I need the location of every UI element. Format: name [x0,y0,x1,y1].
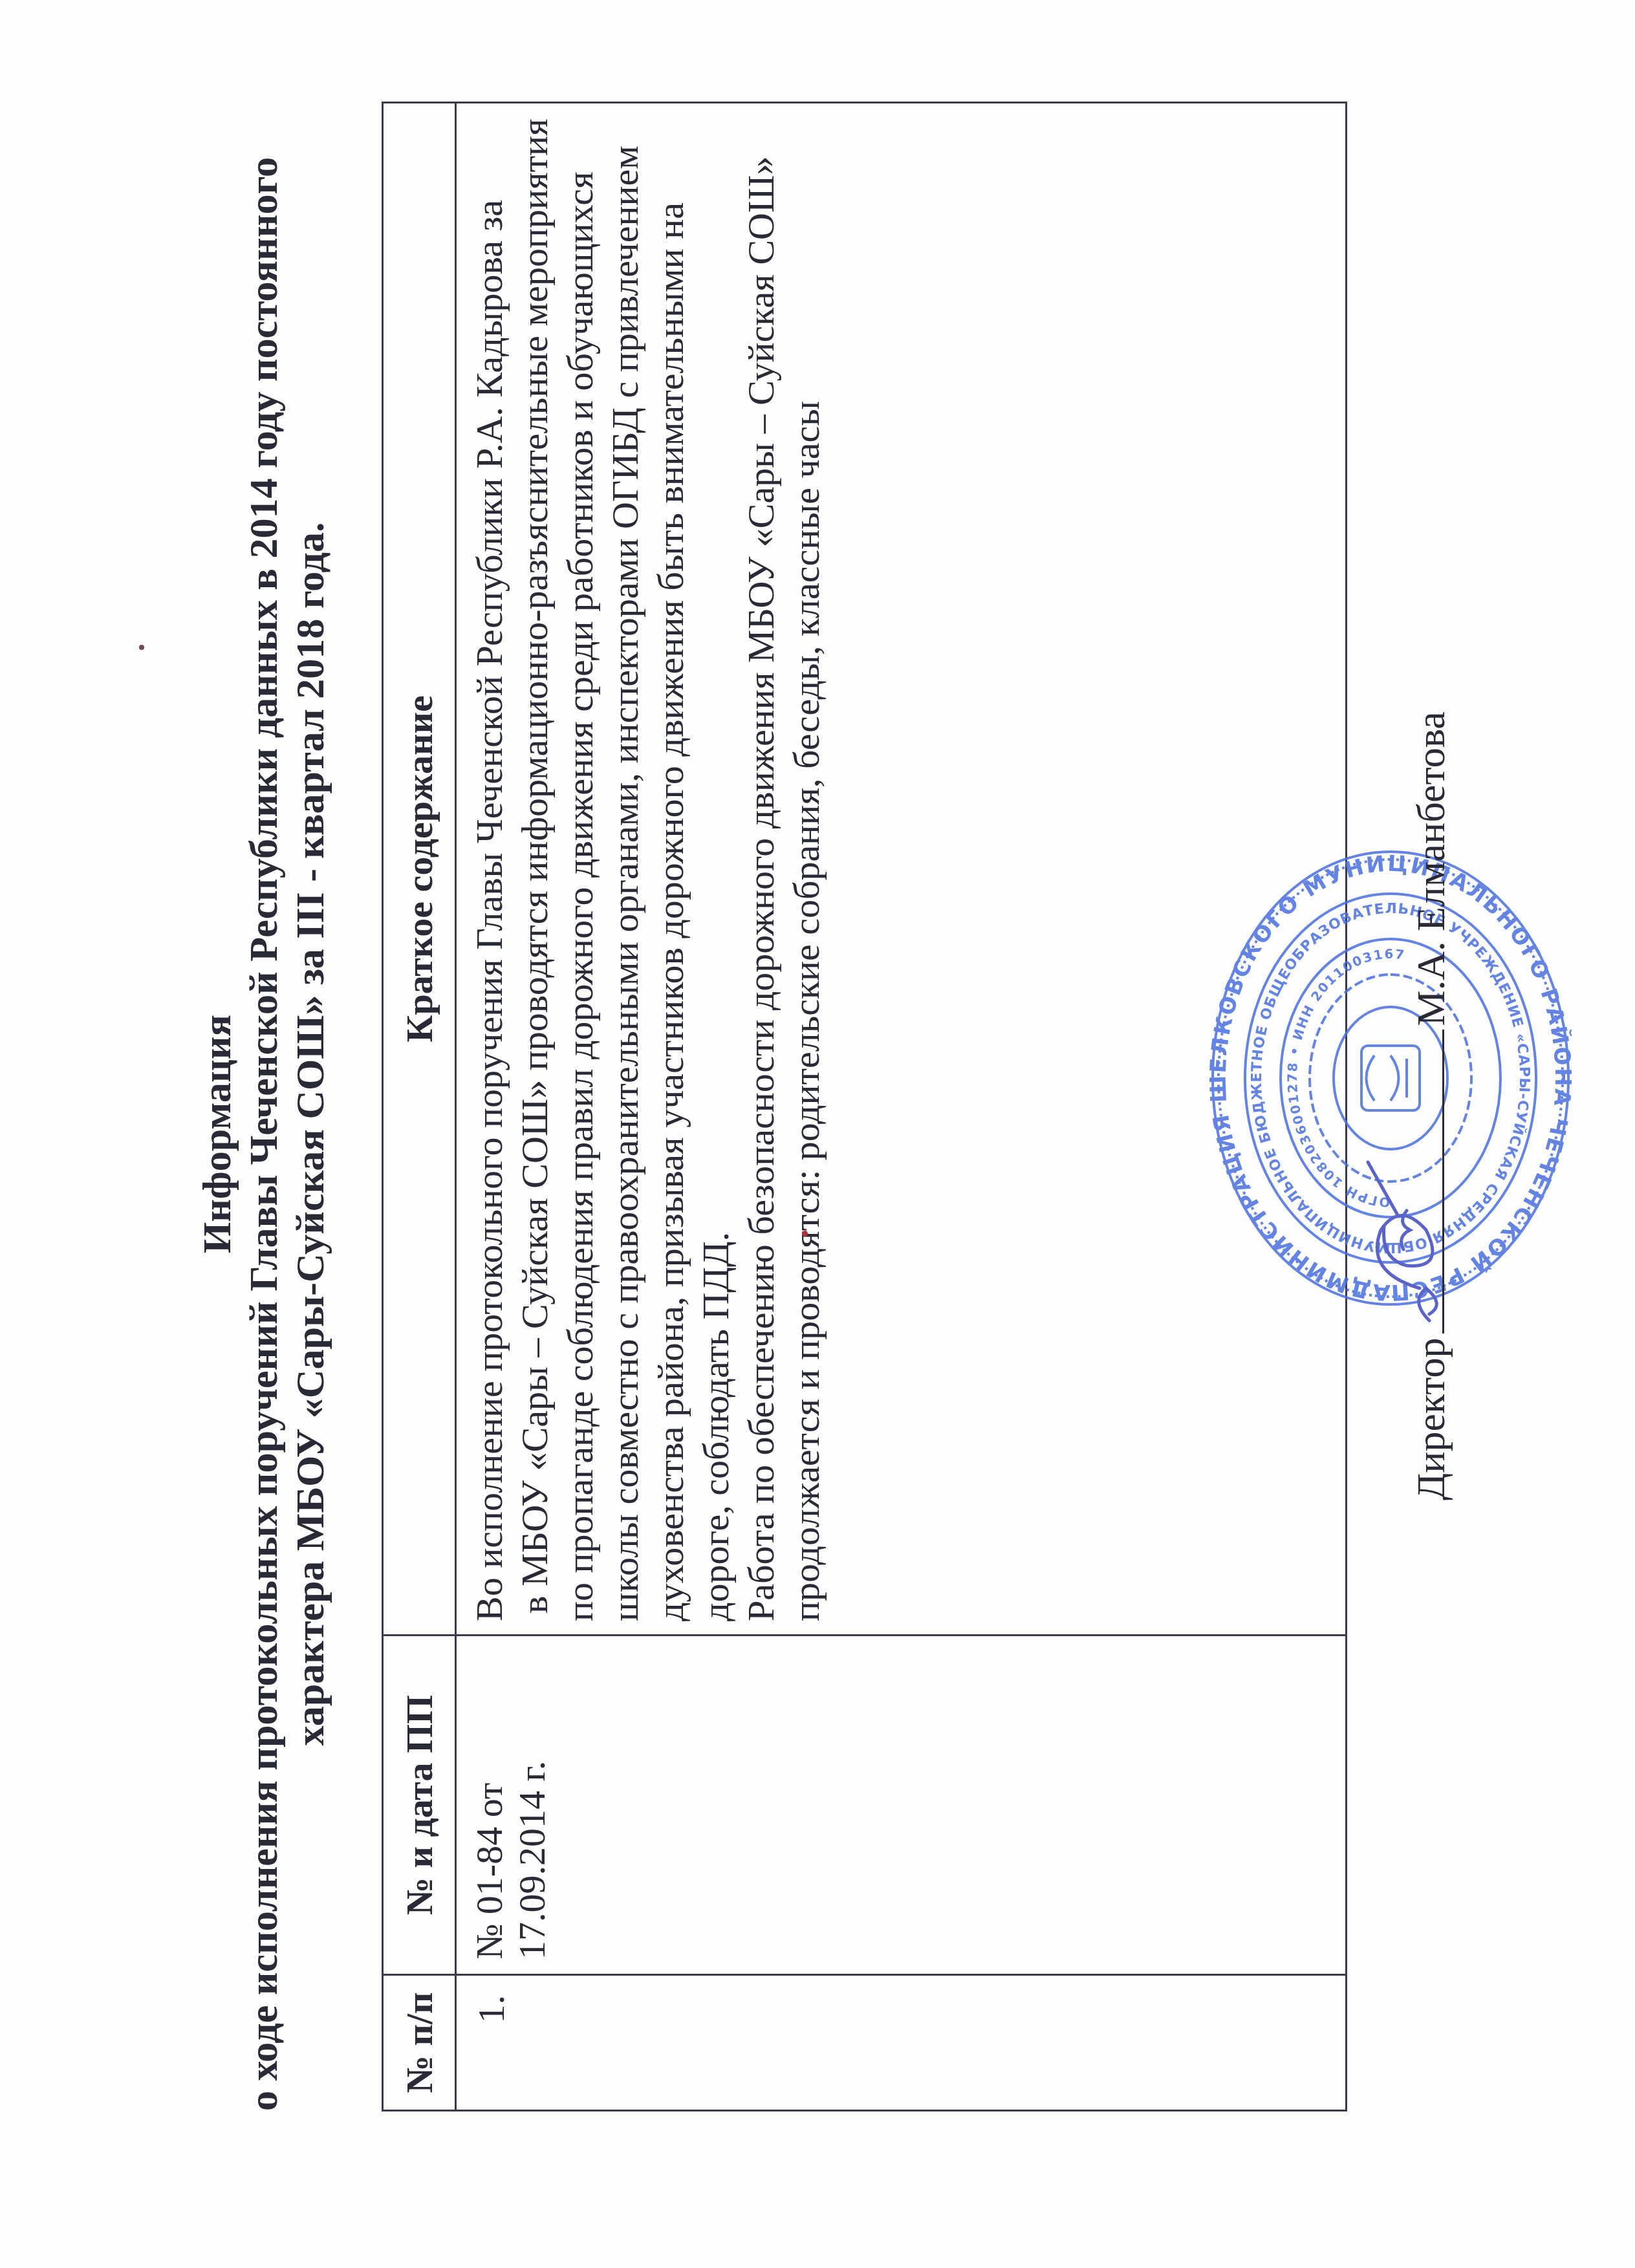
summary-line: школы совместно с правоохранительными ор… [603,111,648,1621]
document-subtitle-line-1: о ходе исполнения протокольных поручений… [241,0,287,2268]
summary-line: в МБОУ «Сары – Суйская СОШ» проводятся и… [512,111,558,1621]
scan-speck [139,645,144,650]
row-summary: Во исполнение протокольного поручения Гл… [456,103,1347,1636]
column-header-summary: Краткое содержание [383,103,456,1636]
signatory-position: Директор [1409,1337,1455,1500]
row-number: 1. [456,1975,1347,2111]
summary-line: по пропаганде соблюдения правил дорожног… [558,111,603,1621]
summary-line: Во исполнение протокольного поручения Гл… [467,111,512,1621]
signatory-name: М.А. Елманбетова [1409,711,1455,1026]
summary-line: духовенства района, призывая участников … [648,111,693,1621]
column-header-protocol-date: № и дата ПП [383,1636,456,1975]
report-table: № п/п № и дата ПП Краткое содержание 1. … [382,102,1347,2111]
document-page: Информация о ходе исполнения протокольны… [0,0,1635,2268]
protocol-number: № 01-84 от [468,1643,511,1960]
protocol-date: 17.09.2014 г. [511,1643,554,1960]
table-header-row: № п/п № и дата ПП Краткое содержание [383,103,456,2111]
summary-line: дороге, соблюдать ПДД. [693,111,739,1621]
signature-block: Директор М.А. Елманбетова [1403,711,1455,1500]
table-row: 1. № 01-84 от 17.09.2014 г. Во исполнени… [456,103,1347,2111]
document-subtitle-line-2: характера МБОУ «Сары-Суйская СОШ» за III… [287,0,334,2268]
row-protocol-date: № 01-84 от 17.09.2014 г. [456,1636,1347,1975]
document-header: Информация о ходе исполнения протокольны… [194,0,334,2268]
signature-line [1403,1030,1444,1334]
column-header-number: № п/п [383,1975,456,2111]
summary-line: продолжается и проводятся: родительские … [784,111,829,1621]
summary-line: Работа по обеспечению безопасности дорож… [739,111,784,1621]
handwritten-signature-icon [1358,1159,1449,1327]
document-title: Информация [194,0,241,2268]
scan-speck [802,1231,808,1237]
